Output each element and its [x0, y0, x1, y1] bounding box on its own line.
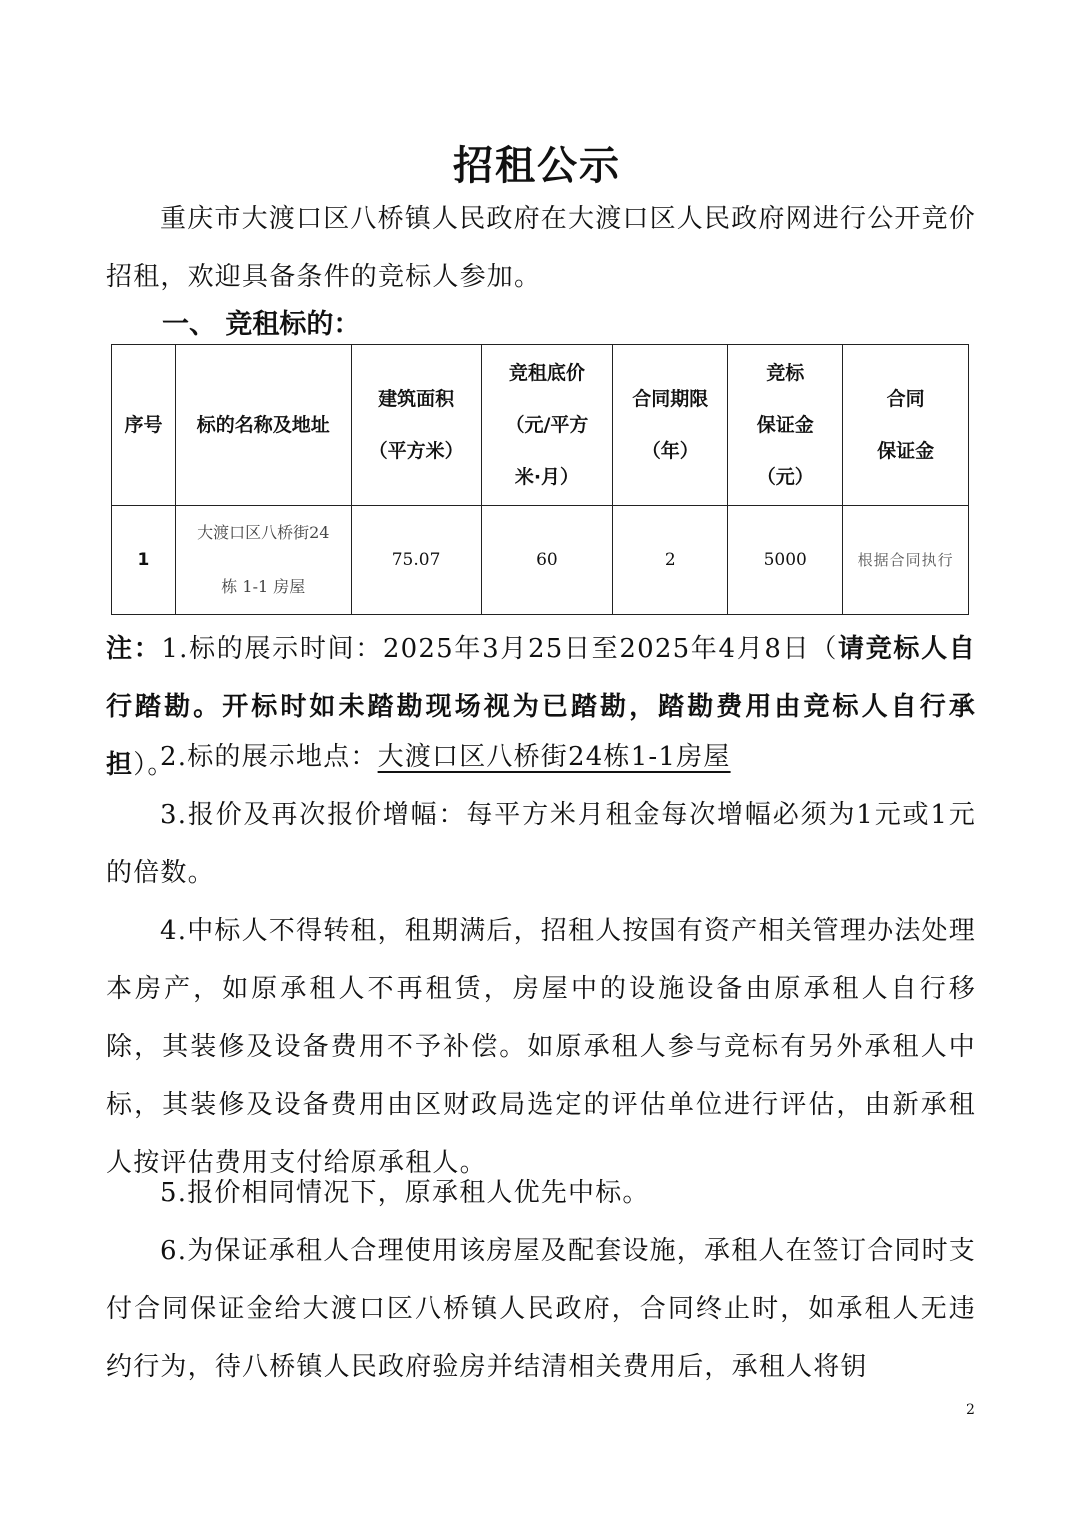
header-area: 建筑面积（平方米）	[351, 345, 481, 506]
note-2: 2.标的展示地点：大渡口区八桥街24栋1-1房屋	[106, 728, 976, 786]
header-no: 序号	[112, 345, 176, 506]
page-number: 2	[966, 1402, 975, 1418]
table-header-row: 序号 标的名称及地址 建筑面积（平方米） 竞租底价（元/平方米·月） 合同期限（…	[112, 345, 969, 506]
table-row: 1 大渡口区八桥街24栋 1-1 房屋 75.07 60 2 5000 根据合同…	[112, 506, 969, 615]
section-heading: 一、 竞租标的：	[162, 302, 360, 341]
header-price: 竞租底价（元/平方米·月）	[481, 345, 613, 506]
header-bid-deposit: 竞标保证金（元）	[728, 345, 843, 506]
display-location: 大渡口区八桥街24栋1-1房屋	[378, 742, 731, 772]
cell-name: 大渡口区八桥街24栋 1-1 房屋	[175, 506, 351, 615]
cell-area: 75.07	[351, 506, 481, 615]
note-6: 6.为保证承租人合理使用该房屋及配套设施，承租人在签订合同时支付合同保证金给大渡…	[106, 1222, 976, 1396]
header-contract-deposit: 合同保证金	[843, 345, 969, 506]
header-term: 合同期限（年）	[613, 345, 728, 506]
cell-price: 60	[481, 506, 613, 615]
note-4: 4.中标人不得转租，租期满后，招租人按国有资产相关管理办法处理本房产，如原承租人…	[106, 902, 976, 1192]
cell-contract-deposit: 根据合同执行	[843, 506, 969, 615]
note-5: 5.报价相同情况下，原承租人优先中标。	[106, 1164, 976, 1222]
cell-no: 1	[112, 506, 176, 615]
intro-paragraph: 重庆市大渡口区八桥镇人民政府在大渡口区人民政府网进行公开竞价招租，欢迎具备条件的…	[106, 190, 976, 306]
page-title: 招租公示	[0, 134, 1074, 191]
cell-bid-deposit: 5000	[728, 506, 843, 615]
document-page: 招租公示 重庆市大渡口区八桥镇人民政府在大渡口区人民政府网进行公开竞价招租，欢迎…	[0, 0, 1074, 1520]
cell-term: 2	[613, 506, 728, 615]
lease-table: 序号 标的名称及地址 建筑面积（平方米） 竞租底价（元/平方米·月） 合同期限（…	[111, 344, 969, 615]
header-name: 标的名称及地址	[175, 345, 351, 506]
note-3: 3.报价及再次报价增幅：每平方米月租金每次增幅必须为1元或1元的倍数。	[106, 786, 976, 902]
